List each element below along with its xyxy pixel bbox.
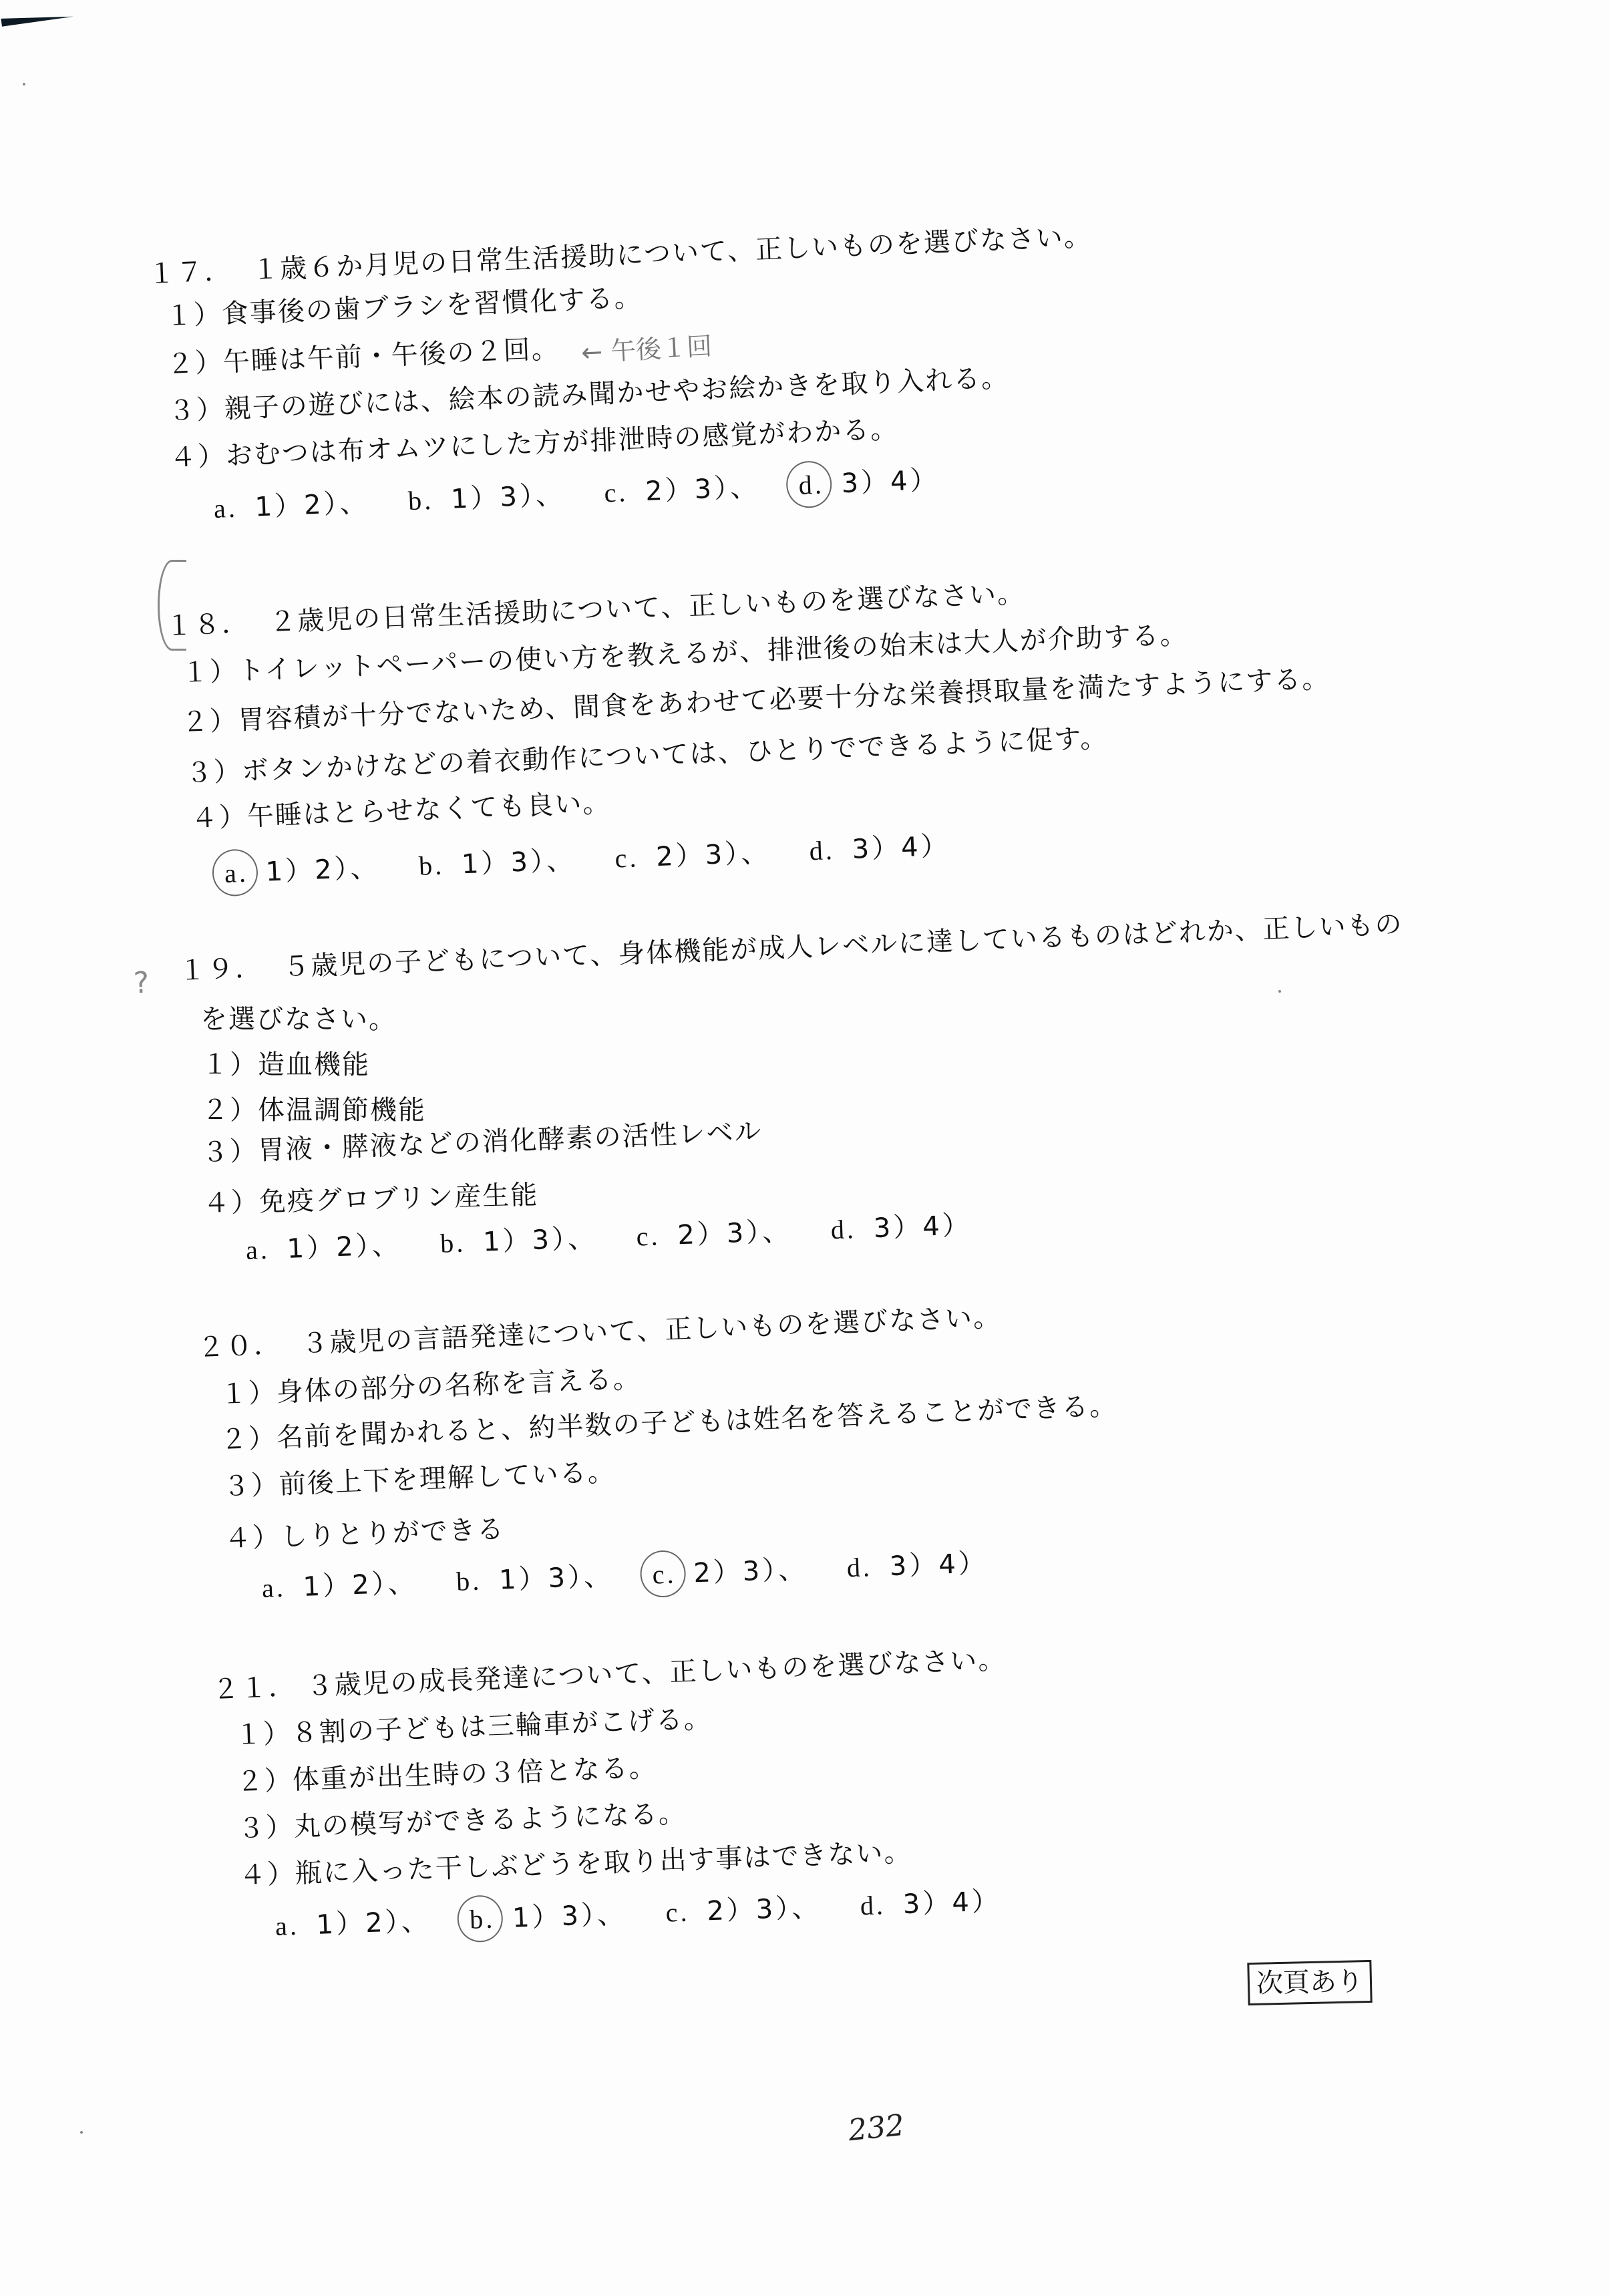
question-20-stem: ２０． ３歳児の言語発達について、正しいものを選びなさい。 [197,1300,1002,1365]
handwritten-page-number: 232 [847,2108,906,2148]
circled-answer-mark: c. [652,1556,677,1592]
question-number: １９． [178,953,264,987]
question-number: ２１． [212,1671,297,1705]
circled-answer-mark: b. [469,1902,496,1937]
circled-answer-mark: a. [224,856,249,891]
choice-d[interactable]: d.3）4） [830,1208,972,1247]
choice-c[interactable]: c.2）3）、 [604,470,761,510]
choice-b[interactable]: b.1）3）、 [418,843,576,884]
scan-speck [23,83,25,86]
circled-answer-mark: d. [798,467,825,502]
question-number: １７． [148,256,233,290]
question-20-option-4: ４）しりとりができる [224,1512,506,1556]
choice-c[interactable]: c.2）3）、 [636,1214,792,1254]
question-21-option-3: ３）丸の模写ができるようになる。 [237,1796,687,1846]
question-21-option-2: ２）体重が出生時の３倍となる。 [236,1750,657,1800]
choice-b[interactable]: b.1）3）、 [407,478,566,518]
question-21-option-1: １）８割の子どもは三輪車がこげる。 [234,1701,712,1753]
question-text: ３歳児の成長発達について、正しいものを選びなさい。 [306,1644,1007,1701]
question-21-answer-choices: a.1）2）、 b.1）3）、 c.2）3）、 d.3）4） [275,1883,1029,1944]
question-20-option-3: ３）前後上下を理解している。 [222,1454,616,1504]
scan-speck [1278,990,1281,993]
question-17-answer-choices: a.1）2）、 b.1）3）、 c.2）3）、 d.3）4） [213,462,968,526]
choice-d[interactable]: d.3）4） [809,828,951,868]
question-21-stem: ２１． ３歳児の成長発達について、正しいものを選びなさい。 [212,1642,1007,1707]
question-text: ３歳児の言語発達について、正しいものを選びなさい。 [301,1302,1001,1359]
question-18-option-4: ４）午睡はとらせなくても良い。 [190,786,611,836]
question-19-option-4: ４）免疫グロブリン産生能 [202,1178,539,1221]
question-19-option-2: ２）体温調節機能 [202,1093,426,1128]
choice-a[interactable]: a.1）2）、 [245,1228,401,1268]
question-19-stem: １９． ５歳児の子どもについて、身体機能が成人レベルに達しているものはどれか、正… [178,907,1403,989]
choice-a-circled[interactable]: a.1）2）、 [224,850,380,891]
choice-c-circled[interactable]: c.2）3）、 [652,1552,808,1592]
choice-c[interactable]: c.2）3）、 [614,836,771,876]
question-20-option-1: １）身体の部分の名称を言える。 [220,1361,642,1412]
question-19-option-1: １）造血機能 [202,1047,370,1082]
choice-a[interactable]: a.1）2）、 [213,486,370,526]
handwritten-note: ← 午後１回 [580,325,713,369]
question-number: ２０． [197,1329,283,1363]
question-20-answer-choices: a.1）2）、 b.1）3）、 c.2）3）、 d.3）4） [261,1545,1016,1606]
choice-a[interactable]: a.1）2）、 [261,1566,417,1606]
question-text: １歳６か月児の日常生活援助について、正しいものを選びなさい。 [251,221,1092,285]
question-text: ５歳児の子どもについて、身体機能が成人レベルに達しているものはどれか、正しいもの [282,909,1403,983]
choice-b-circled[interactable]: b.1）3）、 [469,1897,627,1937]
handwritten-question-mark: ? [133,965,150,1000]
choice-c[interactable]: c.2）3）、 [665,1890,822,1930]
question-17-option-2: ２）午睡は午前・午後の２回。 [166,331,560,382]
choice-d[interactable]: d.3）4） [846,1546,989,1585]
scan-corner-mark [0,2,73,27]
choice-b[interactable]: b.1）3）、 [456,1559,614,1599]
next-page-stamp: 次頁あり [1247,1960,1372,2005]
choice-b[interactable]: b.1）3）、 [439,1221,598,1261]
question-18-answer-choices: a.1）2）、 b.1）3）、 c.2）3）、 d.3）4） [224,828,978,891]
choice-d-circled[interactable]: d.3）4） [798,462,940,502]
choice-a[interactable]: a.1）2）、 [275,1904,431,1944]
choice-d[interactable]: d.3）4） [860,1884,1002,1923]
question-19-stem-continued: を選びなさい。 [200,1002,397,1037]
scan-speck [80,2131,83,2134]
question-number: １８． [165,608,250,642]
question-21-option-4: ４）瓶に入った干しぶどうを取り出す事はできない。 [238,1835,912,1893]
